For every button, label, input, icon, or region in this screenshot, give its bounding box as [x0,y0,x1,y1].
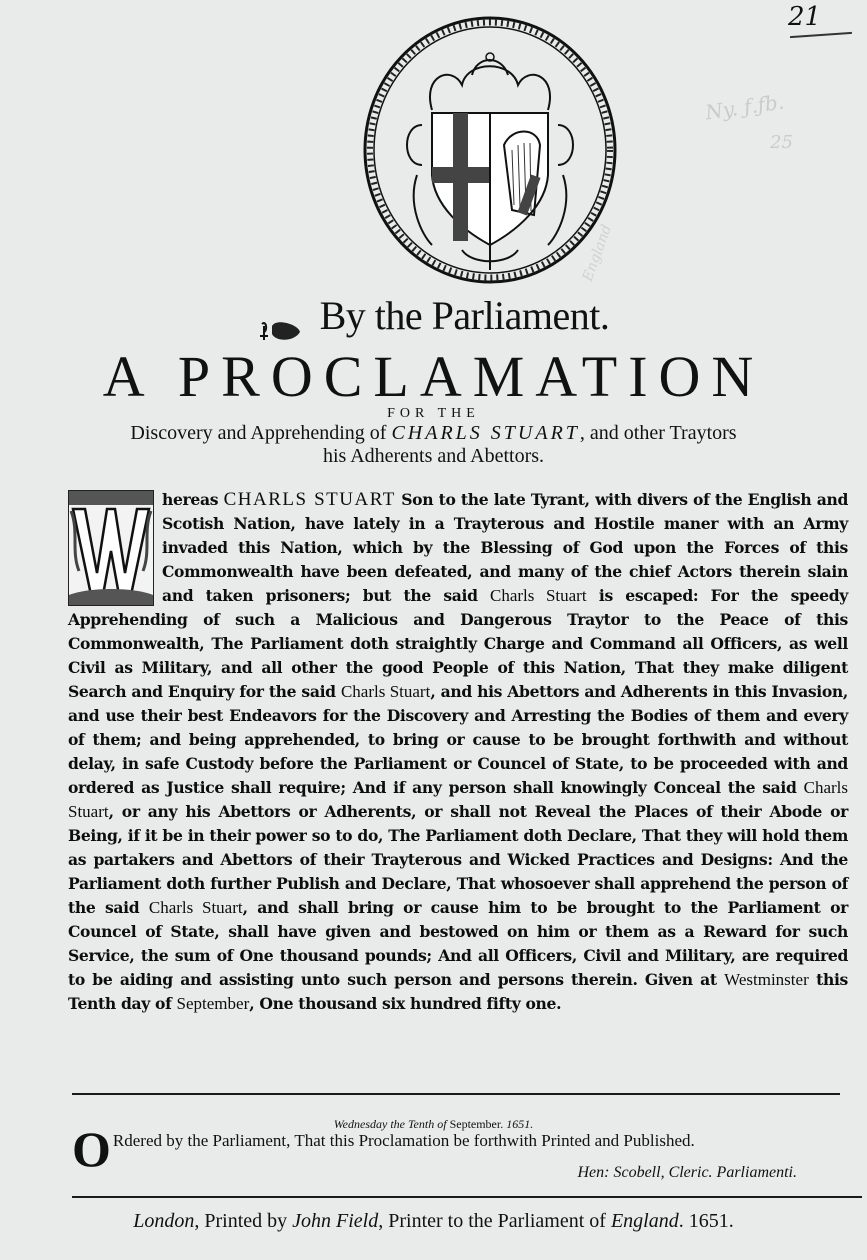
imprint: London, Printed by John Field, Printer t… [0,1210,867,1233]
page-number-underline [790,32,852,38]
subtitle-text: Discovery and Apprehending of [130,422,391,444]
imprint-year: . 1651. [679,1210,734,1232]
commonwealth-seal-icon [362,15,618,285]
imprint-text: , Printed by [194,1210,292,1232]
subtitle: Discovery and Apprehending of CHARLS STU… [0,422,867,468]
body-name: CHARLS STUART [224,489,396,510]
body-text: hereas [162,490,224,509]
for-the-label: FOR THE [0,406,867,422]
divider [72,1196,862,1198]
fleuron-icon [258,307,304,333]
subtitle-name: CHARLS STUART [391,422,579,444]
body-name: Charls Stuart [341,682,430,701]
body-name: Charls Stuart [149,898,243,917]
imprint-country: England [611,1210,679,1232]
subtitle-text: , and other Traytors [580,422,737,444]
decorated-initial-icon [68,490,154,606]
clerk-signature: Hen: Scobell, Cleric. Parliamenti. [577,1164,797,1182]
order-initial: O [72,1121,111,1177]
byline-text: By the Parliament. [320,293,610,338]
body-name: Charls Stuart [490,586,587,605]
pencil-note: 25 [770,132,793,153]
page-number: 21 [788,2,821,32]
page-title: A PROCLAMATION [0,343,867,410]
body-month: September [177,994,250,1013]
divider [72,1093,840,1095]
imprint-city: London [133,1210,194,1232]
imprint-text: , Printer to the Parliament of [378,1210,611,1232]
pencil-note: Ny. ƒ.ƒb. [704,90,786,125]
body-place: Westminster [724,970,809,989]
subtitle-line2: his Adherents and Abettors. [323,445,544,467]
order-text: Rdered by the Parliament, That this Proc… [113,1131,695,1150]
body-text: , One thousand six hundred fifty one. [249,994,561,1013]
proclamation-body: hereas CHARLS STUART Son to the late Tyr… [68,488,848,1016]
imprint-printer: John Field [292,1210,378,1232]
byline: By the Parliament. [0,292,867,339]
